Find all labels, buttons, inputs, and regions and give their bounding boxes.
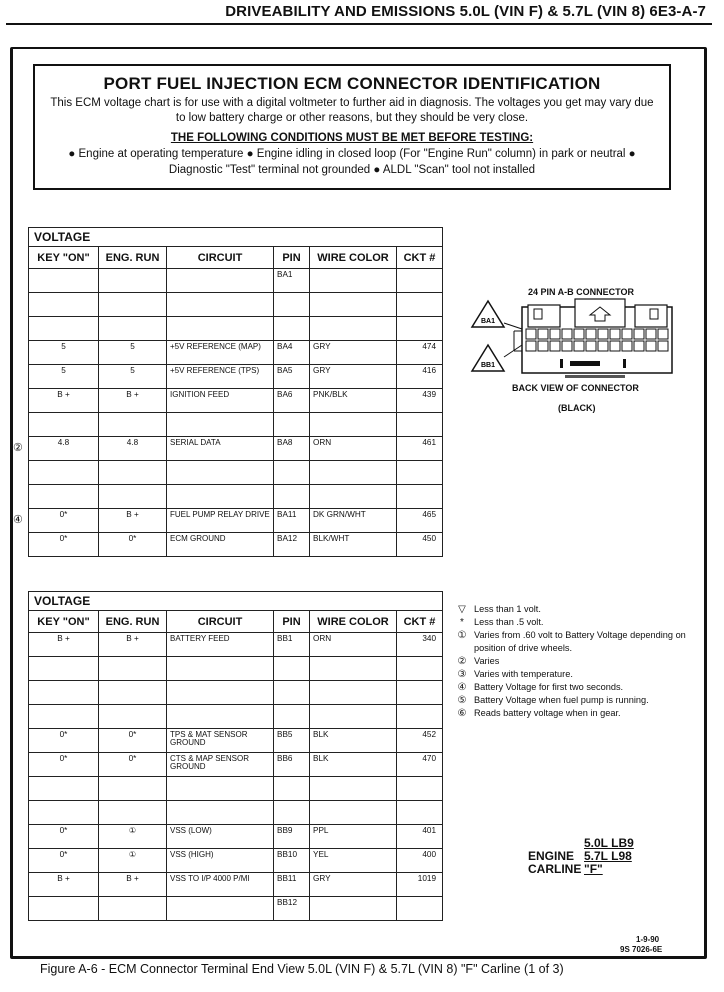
legend-item: ③Varies with temperature. [450,668,700,681]
circuit-number [397,897,443,921]
wire-color [310,317,397,341]
wire-color [310,269,397,293]
circuit-name: SERIAL DATA [167,437,274,461]
table-row [29,293,443,317]
circuit-name [167,777,274,801]
pin-id: BB5 [274,729,310,753]
key-on-value [29,293,99,317]
wire-color [310,657,397,681]
key-on-value: 0* [29,825,99,849]
circuit-name: +5V REFERENCE (MAP) [167,341,274,365]
table-row [29,705,443,729]
page-header: DRIVEABILITY AND EMISSIONS 5.0L (VIN F) … [0,0,724,30]
pin-id [274,461,310,485]
circuit-name: ECM GROUND [167,533,274,557]
table-row [29,801,443,825]
col-wire-color: WIRE COLOR [310,247,397,269]
legend-symbol-icon: ① [450,629,474,655]
col-key-on: KEY "ON" [29,611,99,633]
legend: ▽Less than 1 volt.*Less than .5 volt.①Va… [450,603,700,720]
circuit-number: 340 [397,633,443,657]
pin-id [274,777,310,801]
eng-run-value: B + [99,509,167,533]
circuit-name: CTS & MAP SENSOR GROUND [167,753,274,777]
key-on-value [29,317,99,341]
legend-symbol-icon: ③ [450,668,474,681]
col-ckt: CKT # [397,247,443,269]
legend-text: Reads battery voltage when in gear. [474,707,700,720]
table-row: 0*0*CTS & MAP SENSOR GROUNDBB6BLK470 [29,753,443,777]
eng-run-value: 5 [99,341,167,365]
legend-text: Less than 1 volt. [474,603,700,616]
wire-color [310,777,397,801]
eng-run-value [99,801,167,825]
circuit-number: 470 [397,753,443,777]
wire-color: BLK [310,753,397,777]
col-key-on: KEY "ON" [29,247,99,269]
circuit-name: BATTERY FEED [167,633,274,657]
intro-text: This ECM voltage chart is for use with a… [35,96,669,126]
legend-symbol-icon: ⑥ [450,707,474,720]
eng-run-value: 0* [99,753,167,777]
key-on-value: 0* [29,533,99,557]
eng-run-value [99,705,167,729]
wire-color: GRY [310,365,397,389]
pin-id [274,681,310,705]
pin-id: BA5 [274,365,310,389]
voltage-caption: VOLTAGE [29,228,443,247]
row-marker-icon: ② [13,441,23,454]
key-on-value: B + [29,633,99,657]
carline-label: CARLINE [528,863,584,876]
key-on-value [29,269,99,293]
legend-symbol-icon: * [450,616,474,629]
connector-diagram: 24 PIN A-B CONNECTOR BA1 BB1 BACK VIEW O… [470,285,680,425]
col-wire-color: WIRE COLOR [310,611,397,633]
legend-text: Battery Voltage when fuel pump is runnin… [474,694,700,707]
legend-symbol-icon: ⑤ [450,694,474,707]
wire-color: YEL [310,849,397,873]
circuit-name [167,269,274,293]
conditions-title: THE FOLLOWING CONDITIONS MUST BE MET BEF… [35,132,669,144]
connector-drawing: BA1 BB1 [470,285,680,385]
eng-run-value [99,269,167,293]
pin-id: BA8 [274,437,310,461]
legend-text: Battery Voltage for first two seconds. [474,681,700,694]
circuit-number: 465 [397,509,443,533]
wire-color [310,485,397,509]
circuit-number [397,317,443,341]
circuit-name [167,485,274,509]
table-row: 0*0*TPS & MAT SENSOR GROUNDBB5BLK452 [29,729,443,753]
circuit-number [397,777,443,801]
conditions-text: ● Engine at operating temperature ● Engi… [35,146,669,178]
circuit-name [167,801,274,825]
pin-id: BB1 [274,633,310,657]
table-row: 0*0*ECM GROUNDBA12BLK/WHT450 [29,533,443,557]
doc-date: 1-9-90 [636,935,659,944]
eng-run-value [99,461,167,485]
engine-block: 5.0L LB9 ENGINE5.7L L98 CARLINE"F" [528,837,634,876]
legend-item: ②Varies [450,655,700,668]
pin-id: BB9 [274,825,310,849]
wire-color: ORN [310,437,397,461]
circuit-number: 400 [397,849,443,873]
pin-id: BA6 [274,389,310,413]
col-eng-run: ENG. RUN [99,247,167,269]
col-circuit: CIRCUIT [167,247,274,269]
wire-color: BLK/WHT [310,533,397,557]
circuit-name: VSS (HIGH) [167,849,274,873]
key-on-value: 0* [29,729,99,753]
key-on-value: 4.8 [29,437,99,461]
table-row: 55+5V REFERENCE (MAP)BA4GRY474 [29,341,443,365]
wire-color: ORN [310,633,397,657]
key-on-value: 5 [29,365,99,389]
legend-item: ⑥Reads battery voltage when in gear. [450,707,700,720]
circuit-number: 1019 [397,873,443,897]
table-row: BA1 [29,269,443,293]
pin-id: BA1 [274,269,310,293]
col-ckt: CKT # [397,611,443,633]
eng-run-value: 5 [99,365,167,389]
circuit-name [167,461,274,485]
wire-color: GRY [310,873,397,897]
pin-id: BA4 [274,341,310,365]
wire-color: PNK/BLK [310,389,397,413]
circuit-name [167,705,274,729]
circuit-name [167,681,274,705]
table-row: 0*①VSS (HIGH)BB10YEL400 [29,849,443,873]
key-on-value: 0* [29,849,99,873]
table-row: B +B +BATTERY FEEDBB1ORN340 [29,633,443,657]
legend-text: Less than .5 volt. [474,616,700,629]
key-on-value: B + [29,389,99,413]
key-on-value [29,897,99,921]
voltage-caption: VOLTAGE [29,592,443,611]
pin-id: BA11 [274,509,310,533]
eng-run-value [99,777,167,801]
circuit-number: 401 [397,825,443,849]
legend-text: Varies [474,655,700,668]
circuit-number [397,485,443,509]
circuit-number [397,293,443,317]
circuit-name [167,897,274,921]
wire-color [310,461,397,485]
eng-run-value: B + [99,633,167,657]
table-row: 55+5V REFERENCE (TPS)BA5GRY416 [29,365,443,389]
pin-id [274,413,310,437]
eng-run-value [99,681,167,705]
key-on-value [29,681,99,705]
engine-line-2: 5.7L L98 [584,849,632,863]
wire-color: PPL [310,825,397,849]
intro-box: PORT FUEL INJECTION ECM CONNECTOR IDENTI… [33,64,671,190]
circuit-number: 461 [397,437,443,461]
legend-item: ⑤Battery Voltage when fuel pump is runni… [450,694,700,707]
key-on-value: 5 [29,341,99,365]
wire-color [310,681,397,705]
pin-id [274,485,310,509]
eng-run-value: 0* [99,533,167,557]
voltage-table-a: VOLTAGE KEY "ON" ENG. RUN CIRCUIT PIN WI… [28,227,443,557]
circuit-name [167,413,274,437]
eng-run-value [99,657,167,681]
eng-run-value: ① [99,825,167,849]
circuit-number [397,269,443,293]
pin-ba1-label: BA1 [481,318,495,325]
header-rule [6,23,712,25]
circuit-number [397,801,443,825]
circuit-name: +5V REFERENCE (TPS) [167,365,274,389]
eng-run-value: 0* [99,729,167,753]
circuit-name: VSS TO I/P 4000 P/MI [167,873,274,897]
table-row: B +B +VSS TO I/P 4000 P/MIBB11GRY1019 [29,873,443,897]
wire-color [310,293,397,317]
eng-run-value [99,293,167,317]
circuit-name: IGNITION FEED [167,389,274,413]
circuit-number: 439 [397,389,443,413]
circuit-name [167,293,274,317]
legend-text: Varies with temperature. [474,668,700,681]
circuit-number: 450 [397,533,443,557]
legend-item: ④Battery Voltage for first two seconds. [450,681,700,694]
connector-color: (BLACK) [558,403,596,413]
figure-caption: Figure A-6 - ECM Connector Terminal End … [40,962,564,976]
voltage-table-b: VOLTAGE KEY "ON" ENG. RUN CIRCUIT PIN WI… [28,591,443,921]
eng-run-value [99,897,167,921]
key-on-value [29,413,99,437]
carline-value: "F" [584,862,603,876]
table-row: B +B +IGNITION FEEDBA6PNK/BLK439 [29,389,443,413]
eng-run-value [99,485,167,509]
legend-symbol-icon: ② [450,655,474,668]
wire-color: BLK [310,729,397,753]
eng-run-value [99,317,167,341]
col-pin: PIN [274,611,310,633]
pin-id: BB11 [274,873,310,897]
circuit-name: VSS (LOW) [167,825,274,849]
legend-item: ①Varies from .60 volt to Battery Voltage… [450,629,700,655]
circuit-name: FUEL PUMP RELAY DRIVE [167,509,274,533]
table-row [29,461,443,485]
table-row [29,777,443,801]
eng-run-value [99,413,167,437]
key-on-value [29,705,99,729]
circuit-number: 474 [397,341,443,365]
table-row [29,413,443,437]
connector-caption: BACK VIEW OF CONNECTOR [512,383,639,393]
pin-id [274,801,310,825]
wire-color: DK GRN/WHT [310,509,397,533]
doc-code: 9S 7026-6E [620,945,662,954]
pin-id: BB6 [274,753,310,777]
circuit-number: 416 [397,365,443,389]
circuit-number [397,705,443,729]
eng-run-value: 4.8 [99,437,167,461]
table-row [29,681,443,705]
col-pin: PIN [274,247,310,269]
key-on-value [29,485,99,509]
wire-color [310,705,397,729]
pin-id [274,293,310,317]
pin-id [274,317,310,341]
circuit-name [167,317,274,341]
table-row [29,485,443,509]
circuit-number: 452 [397,729,443,753]
col-circuit: CIRCUIT [167,611,274,633]
pin-id: BB12 [274,897,310,921]
circuit-number [397,413,443,437]
intro-title: PORT FUEL INJECTION ECM CONNECTOR IDENTI… [35,74,669,94]
eng-run-value: ① [99,849,167,873]
pin-bb1-label: BB1 [481,362,495,369]
circuit-name: TPS & MAT SENSOR GROUND [167,729,274,753]
key-on-value [29,777,99,801]
key-on-value: 0* [29,509,99,533]
key-on-value [29,801,99,825]
legend-item: *Less than .5 volt. [450,616,700,629]
row-marker-icon: ④ [13,513,23,526]
wire-color [310,801,397,825]
legend-item: ▽Less than 1 volt. [450,603,700,616]
wire-color [310,413,397,437]
table-row: 0*B +FUEL PUMP RELAY DRIVEBA11DK GRN/WHT… [29,509,443,533]
legend-symbol-icon: ④ [450,681,474,694]
eng-run-value: B + [99,873,167,897]
table-row [29,317,443,341]
table-row: BB12 [29,897,443,921]
legend-symbol-icon: ▽ [450,603,474,616]
pin-id: BA12 [274,533,310,557]
table-row [29,657,443,681]
circuit-name [167,657,274,681]
pin-id: BB10 [274,849,310,873]
wire-color [310,897,397,921]
key-on-value [29,461,99,485]
page-title: DRIVEABILITY AND EMISSIONS 5.0L (VIN F) … [221,3,706,20]
table-row: 0*①VSS (LOW)BB9PPL401 [29,825,443,849]
eng-run-value: B + [99,389,167,413]
legend-text: Varies from .60 volt to Battery Voltage … [474,629,700,655]
engine-line-1: 5.0L LB9 [584,836,634,850]
circuit-number [397,461,443,485]
col-eng-run: ENG. RUN [99,611,167,633]
table-row: 4.84.8SERIAL DATABA8ORN461 [29,437,443,461]
wire-color: GRY [310,341,397,365]
key-on-value: 0* [29,753,99,777]
circuit-number [397,681,443,705]
key-on-value [29,657,99,681]
pin-id [274,657,310,681]
pin-id [274,705,310,729]
key-on-value: B + [29,873,99,897]
circuit-number [397,657,443,681]
